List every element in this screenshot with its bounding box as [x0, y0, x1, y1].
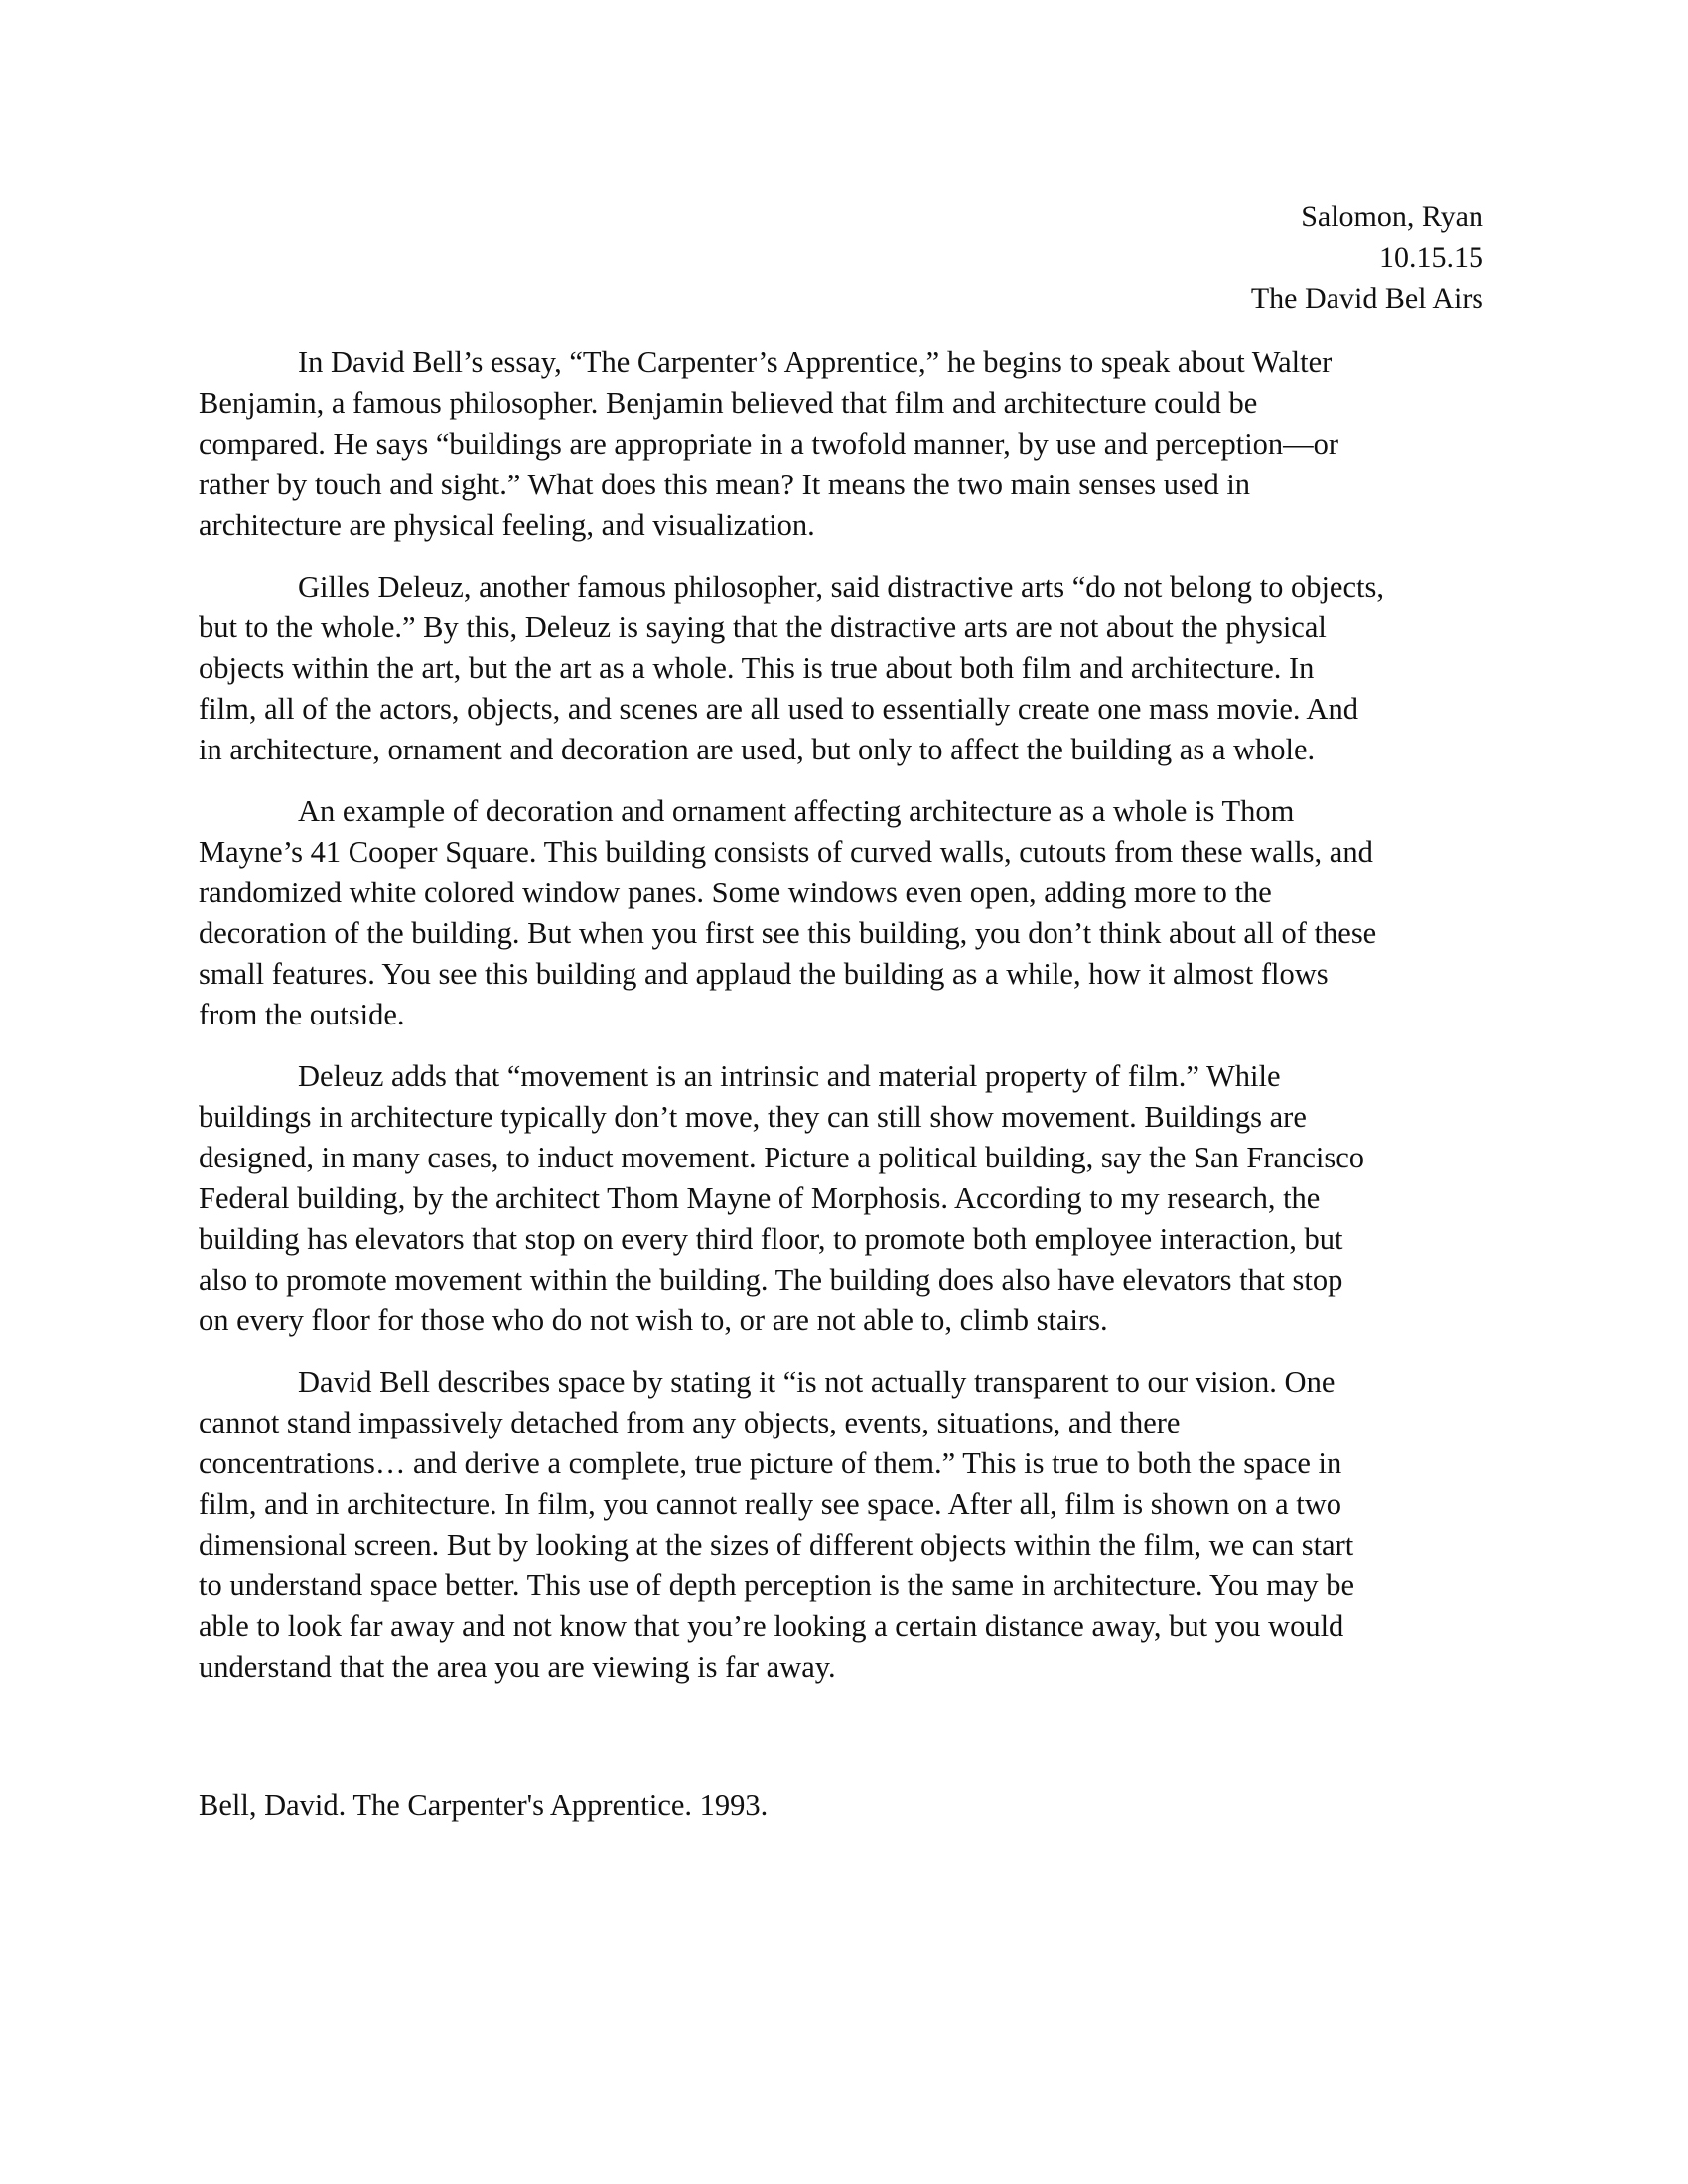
text-line: film, all of the actors, objects, and sc…: [199, 689, 1489, 730]
text-line: in architecture, ornament and decoration…: [199, 730, 1489, 770]
text-line: but to the whole.” By this, Deleuz is sa…: [199, 608, 1489, 648]
text-line: randomized white colored window panes. S…: [199, 873, 1489, 913]
text-line: In David Bell’s essay, “The Carpenter’s …: [199, 342, 1489, 383]
works-cited-entry: Bell, David. The Carpenter's Apprentice.…: [199, 1785, 768, 1826]
text-line: architecture are physical feeling, and v…: [199, 505, 1489, 546]
text-line: on every floor for those who do not wish…: [199, 1300, 1489, 1341]
header-block: Salomon, Ryan 10.15.15 The David Bel Air…: [1251, 197, 1483, 319]
text-line: An example of decoration and ornament af…: [199, 791, 1489, 832]
text-line: decoration of the building. But when you…: [199, 913, 1489, 954]
paragraph-4: Deleuz adds that “movement is an intrins…: [199, 1056, 1489, 1341]
text-line: buildings in architecture typically don’…: [199, 1097, 1489, 1138]
essay-body: In David Bell’s essay, “The Carpenter’s …: [199, 342, 1489, 1708]
text-line: Mayne’s 41 Cooper Square. This building …: [199, 832, 1489, 873]
document-page: Salomon, Ryan 10.15.15 The David Bel Air…: [0, 0, 1688, 2184]
text-line: understand that the area you are viewing…: [199, 1647, 1489, 1688]
date: 10.15.15: [1251, 237, 1483, 278]
text-line: concentrations… and derive a complete, t…: [199, 1443, 1489, 1484]
text-line: from the outside.: [199, 995, 1489, 1035]
text-line: film, and in architecture. In film, you …: [199, 1484, 1489, 1525]
paragraph-5: David Bell describes space by stating it…: [199, 1362, 1489, 1688]
paragraph-2: Gilles Deleuz, another famous philosophe…: [199, 567, 1489, 770]
text-line: David Bell describes space by stating it…: [199, 1362, 1489, 1403]
text-line: able to look far away and not know that …: [199, 1606, 1489, 1647]
text-line: Deleuz adds that “movement is an intrins…: [199, 1056, 1489, 1097]
text-line: building has elevators that stop on ever…: [199, 1219, 1489, 1260]
text-line: dimensional screen. But by looking at th…: [199, 1525, 1489, 1566]
text-line: designed, in many cases, to induct movem…: [199, 1138, 1489, 1178]
text-line: objects within the art, but the art as a…: [199, 648, 1489, 689]
group-name: The David Bel Airs: [1251, 278, 1483, 319]
author-name: Salomon, Ryan: [1251, 197, 1483, 237]
text-line: also to promote movement within the buil…: [199, 1260, 1489, 1300]
paragraph-1: In David Bell’s essay, “The Carpenter’s …: [199, 342, 1489, 546]
text-line: Federal building, by the architect Thom …: [199, 1178, 1489, 1219]
text-line: to understand space better. This use of …: [199, 1566, 1489, 1606]
text-line: cannot stand impassively detached from a…: [199, 1403, 1489, 1443]
text-line: compared. He says “buildings are appropr…: [199, 424, 1489, 465]
text-line: Benjamin, a famous philosopher. Benjamin…: [199, 383, 1489, 424]
text-line: rather by touch and sight.” What does th…: [199, 465, 1489, 505]
text-line: small features. You see this building an…: [199, 954, 1489, 995]
text-line: Gilles Deleuz, another famous philosophe…: [199, 567, 1489, 608]
paragraph-3: An example of decoration and ornament af…: [199, 791, 1489, 1035]
